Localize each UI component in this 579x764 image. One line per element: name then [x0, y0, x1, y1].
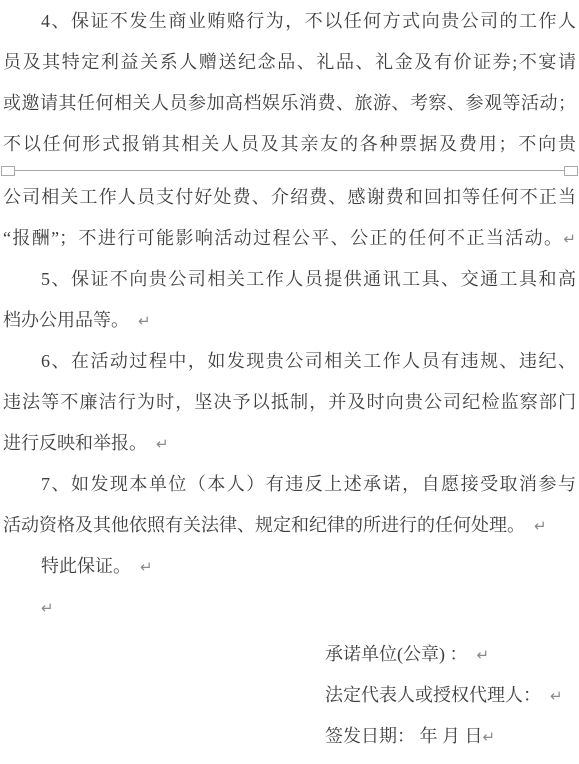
- paragraph-mark-icon: ↵: [156, 435, 169, 453]
- signature-representative-line[interactable]: 法定代表人或授权代理人：↵: [3, 675, 576, 716]
- paragraph-mark-icon: ↵: [563, 230, 576, 248]
- paragraph-text: 违法等不廉洁行为时，坚决予以抵制，并及时向贵公司纪检监察部门: [3, 392, 576, 412]
- paragraph-line[interactable]: 6、在活动过程中，如发现贵公司相关工作人员有违规、违纪、: [3, 341, 576, 382]
- paragraph-text: 6、在活动过程中，如发现贵公司相关工作人员有违规、违纪、: [41, 351, 576, 371]
- paragraph-line[interactable]: 5、保证不向贵公司相关工作人员提供通讯工具、交通工具和高: [3, 259, 576, 300]
- paragraph-text: 或邀请其任何相关人员参加高档娱乐消费、旅游、考察、参观等活动；: [3, 93, 576, 113]
- paragraph-mark-icon: ↵: [534, 517, 547, 535]
- paragraph-text: 5、保证不向贵公司相关工作人员提供通讯工具、交通工具和高: [41, 269, 576, 289]
- paragraph-mark-icon: ↵: [483, 728, 496, 746]
- empty-paragraph-line[interactable]: ↵: [3, 587, 576, 628]
- signature-representative-label: 法定代表人或授权代理人：: [325, 685, 541, 705]
- page-boundary: [3, 165, 576, 177]
- page-boundary-line: [11, 170, 568, 171]
- document-page[interactable]: 4、保证不发生商业贿赂行为，不以任何方式向贵公司的工作人 员及其特定利益关系人赠…: [0, 0, 579, 757]
- signature-date-line[interactable]: 签发日期： 年 月 日↵: [3, 716, 576, 757]
- page-boundary-left-mark: [1, 166, 15, 176]
- paragraph-mark-icon: ↵: [477, 646, 490, 664]
- paragraph-line[interactable]: “报酬”；不进行可能影响活动过程公平、公正的任何不正当活动。↵: [3, 218, 576, 259]
- paragraph-text: 进行反映和举报。: [3, 433, 147, 453]
- paragraph-text: 档办公用品等。: [3, 310, 129, 330]
- paragraph-line[interactable]: 活动资格及其他依照有关法律、规定和纪律的所进行的任何处理。↵: [3, 505, 576, 546]
- paragraph-line[interactable]: 公司相关工作人员支付好处费、介绍费、感谢费和回扣等任何不正当: [3, 177, 576, 218]
- paragraph-line[interactable]: 违法等不廉洁行为时，坚决予以抵制，并及时向贵公司纪检监察部门: [3, 382, 576, 423]
- paragraph-line[interactable]: 7、如发现本单位（本人）有违反上述承诺，自愿接受取消参与: [3, 464, 576, 505]
- paragraph-text: 员及其特定利益关系人赠送纪念品、礼品、礼金及有价证券;不宴请: [3, 52, 576, 72]
- paragraph-text: 4、保证不发生商业贿赂行为，不以任何方式向贵公司的工作人: [41, 11, 576, 31]
- paragraph-mark-icon: ↵: [140, 558, 153, 576]
- paragraph-line[interactable]: 进行反映和举报。↵: [3, 423, 576, 464]
- paragraph-line[interactable]: 不以任何形式报销其相关人员及其亲友的各种票据及费用；不向贵: [3, 124, 576, 165]
- paragraph-line[interactable]: 档办公用品等。↵: [3, 300, 576, 341]
- paragraph-line[interactable]: 或邀请其任何相关人员参加高档娱乐消费、旅游、考察、参观等活动；: [3, 83, 576, 124]
- paragraph-mark-icon: ↵: [41, 599, 54, 617]
- paragraph-mark-icon: ↵: [550, 687, 563, 705]
- signature-date-label: 签发日期： 年 月 日: [325, 726, 483, 746]
- signature-unit-label: 承诺单位(公章) ：: [325, 644, 468, 664]
- paragraph-text: 活动资格及其他依照有关法律、规定和纪律的所进行的任何处理。: [3, 515, 525, 535]
- signature-block: 承诺单位(公章) ：↵ 法定代表人或授权代理人：↵ 签发日期： 年 月 日↵: [3, 634, 576, 757]
- paragraph-line[interactable]: 特此保证。↵: [3, 546, 576, 587]
- paragraph-mark-icon: ↵: [138, 312, 151, 330]
- signature-unit-line[interactable]: 承诺单位(公章) ：↵: [3, 634, 576, 675]
- paragraph-line[interactable]: 4、保证不发生商业贿赂行为，不以任何方式向贵公司的工作人: [3, 1, 576, 42]
- paragraph-text: 不以任何形式报销其相关人员及其亲友的各种票据及费用；不向贵: [3, 134, 576, 154]
- paragraph-line[interactable]: 员及其特定利益关系人赠送纪念品、礼品、礼金及有价证券;不宴请: [3, 42, 576, 83]
- paragraph-text: 特此保证。: [41, 556, 131, 576]
- paragraph-text: 公司相关工作人员支付好处费、介绍费、感谢费和回扣等任何不正当: [3, 187, 576, 207]
- page-boundary-right-mark: [564, 166, 578, 176]
- paragraph-text: 7、如发现本单位（本人）有违反上述承诺，自愿接受取消参与: [41, 474, 576, 494]
- paragraph-text: “报酬”；不进行可能影响活动过程公平、公正的任何不正当活动。: [3, 228, 563, 248]
